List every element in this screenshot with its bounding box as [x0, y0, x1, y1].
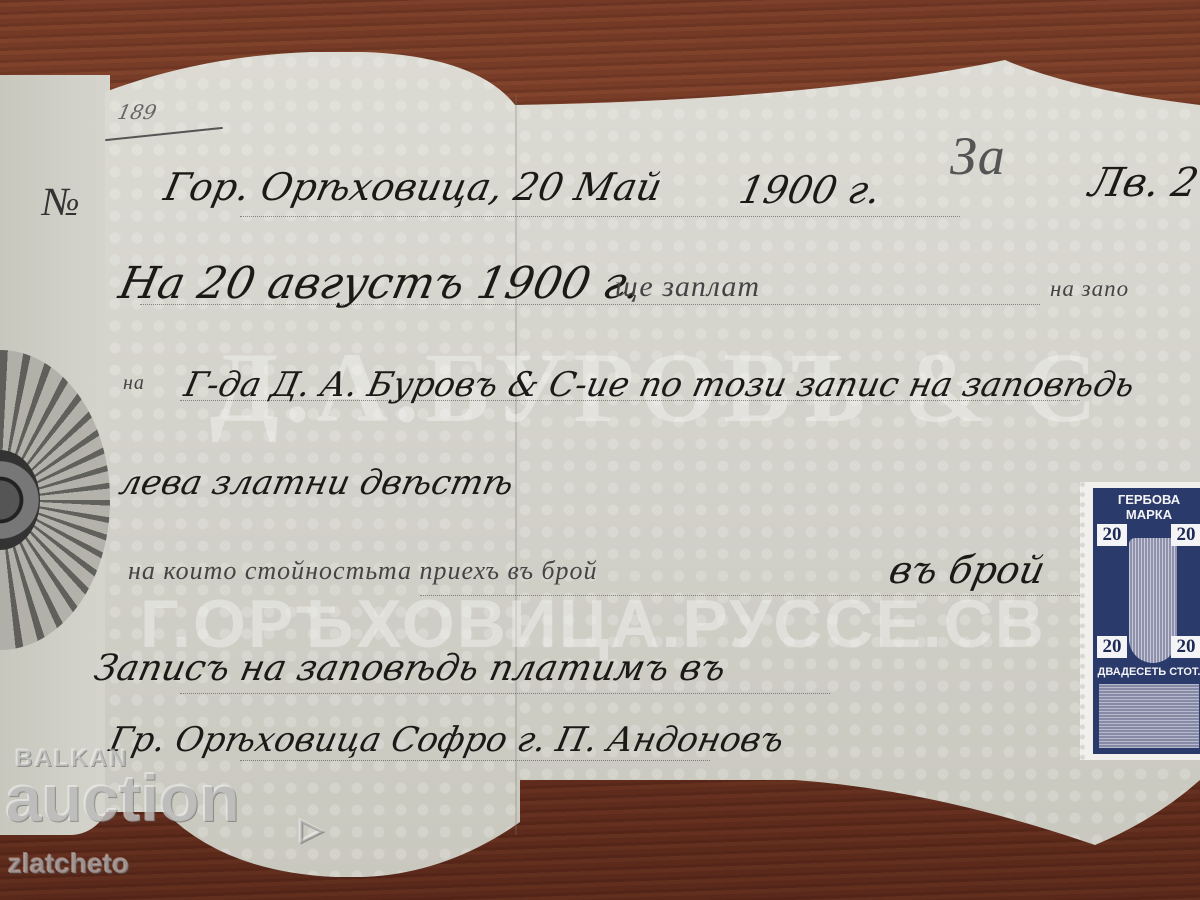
coat-of-arms-lion-icon: [1129, 538, 1177, 663]
printed-za: За: [950, 125, 1006, 187]
handwritten-due-date: На 20 августъ 1900 г.: [115, 258, 646, 309]
printed-na: на: [123, 372, 145, 395]
handwritten-amount: Лв. 2: [1085, 160, 1200, 206]
stamp-value-text: ДВАДЕСЕТЬ СТОТ.: [1093, 666, 1200, 678]
printed-shte-zaplat: ще заплат: [615, 270, 760, 304]
corner-mark: 189: [115, 100, 158, 124]
line-rule: [240, 216, 960, 217]
stamp-denomination-br: 20: [1171, 636, 1200, 658]
handwritten-place-date: Гор. Орѣховица, 20 Май: [160, 165, 666, 209]
stamp-body: ГЕРБОВА МАРКА 20 20 20 20 ДВАДЕСЕТЬ СТОТ…: [1093, 488, 1200, 754]
handwritten-payable-line: Записъ на заповѣдь платимъ въ: [91, 648, 730, 689]
line-rule: [180, 693, 830, 694]
revenue-stamp: ГЕРБОВА МАРКА 20 20 20 20 ДВАДЕСЕТЬ СТОТ…: [1080, 482, 1200, 760]
stamp-denomination-bl: 20: [1097, 636, 1127, 658]
site-watermark-zlatcheto: zlatcheto: [8, 848, 129, 880]
line-rule: [420, 595, 1080, 596]
site-watermark-auction: auction: [5, 760, 240, 836]
handwritten-in-cash: въ брой: [885, 548, 1049, 592]
handwritten-payee: Г-да Д. А. Буровъ & С-ие по този запис н…: [181, 365, 1138, 405]
line-rule: [240, 760, 710, 761]
printed-koito: на които стойностьта приехъ въ брой: [128, 556, 598, 586]
number-sign-label: №: [42, 178, 81, 225]
stamp-title: ГЕРБОВА МАРКА: [1093, 492, 1200, 522]
handwritten-amount-words: лева златни двѣстѣ: [116, 463, 518, 503]
number-band: [95, 175, 165, 225]
stamp-denomination-tr: 20: [1171, 524, 1200, 546]
printed-na-zapo: на запо: [1050, 276, 1129, 302]
handwritten-year: 1900 г.: [735, 168, 884, 212]
stamp-lower-panel: [1099, 684, 1199, 748]
handwritten-signature-line: Гр. Орѣховица Софро г. П. Андоновъ: [106, 720, 788, 760]
play-triangle-icon: ▷: [300, 812, 323, 847]
stamp-denomination-tl: 20: [1097, 524, 1127, 546]
